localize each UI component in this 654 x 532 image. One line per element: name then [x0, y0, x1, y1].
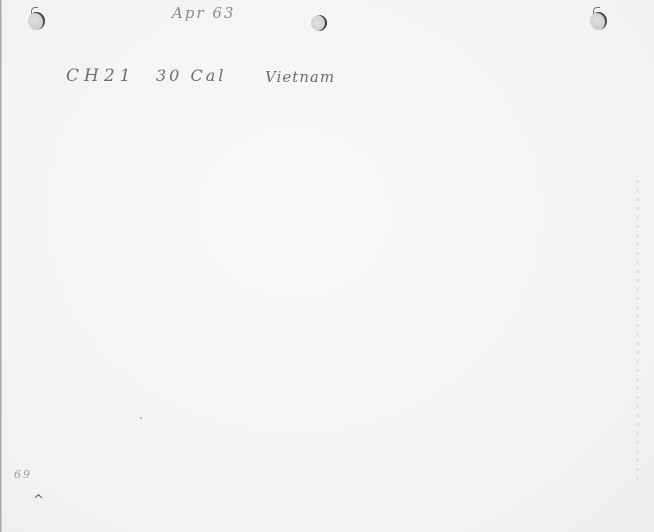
handwritten-caption-id: CH21 [66, 66, 135, 86]
binder-hole-left [28, 12, 45, 30]
handwritten-date: Apr 63 [172, 4, 235, 22]
handwritten-mark: ^ [33, 493, 46, 508]
paper-streak [636, 180, 639, 480]
photo-back-sheet: Apr 63 CH21 30 Cal Vietnam 69 ^ [0, 0, 654, 532]
binder-hole-right [590, 12, 607, 30]
paper-speck [140, 417, 142, 419]
handwritten-caption-caliber: 30 Cal [156, 66, 226, 85]
handwritten-number: 69 [14, 468, 32, 481]
handwritten-caption-location: Vietnam [265, 68, 335, 86]
paper-edge [0, 0, 2, 532]
binder-hole-center [311, 15, 327, 31]
